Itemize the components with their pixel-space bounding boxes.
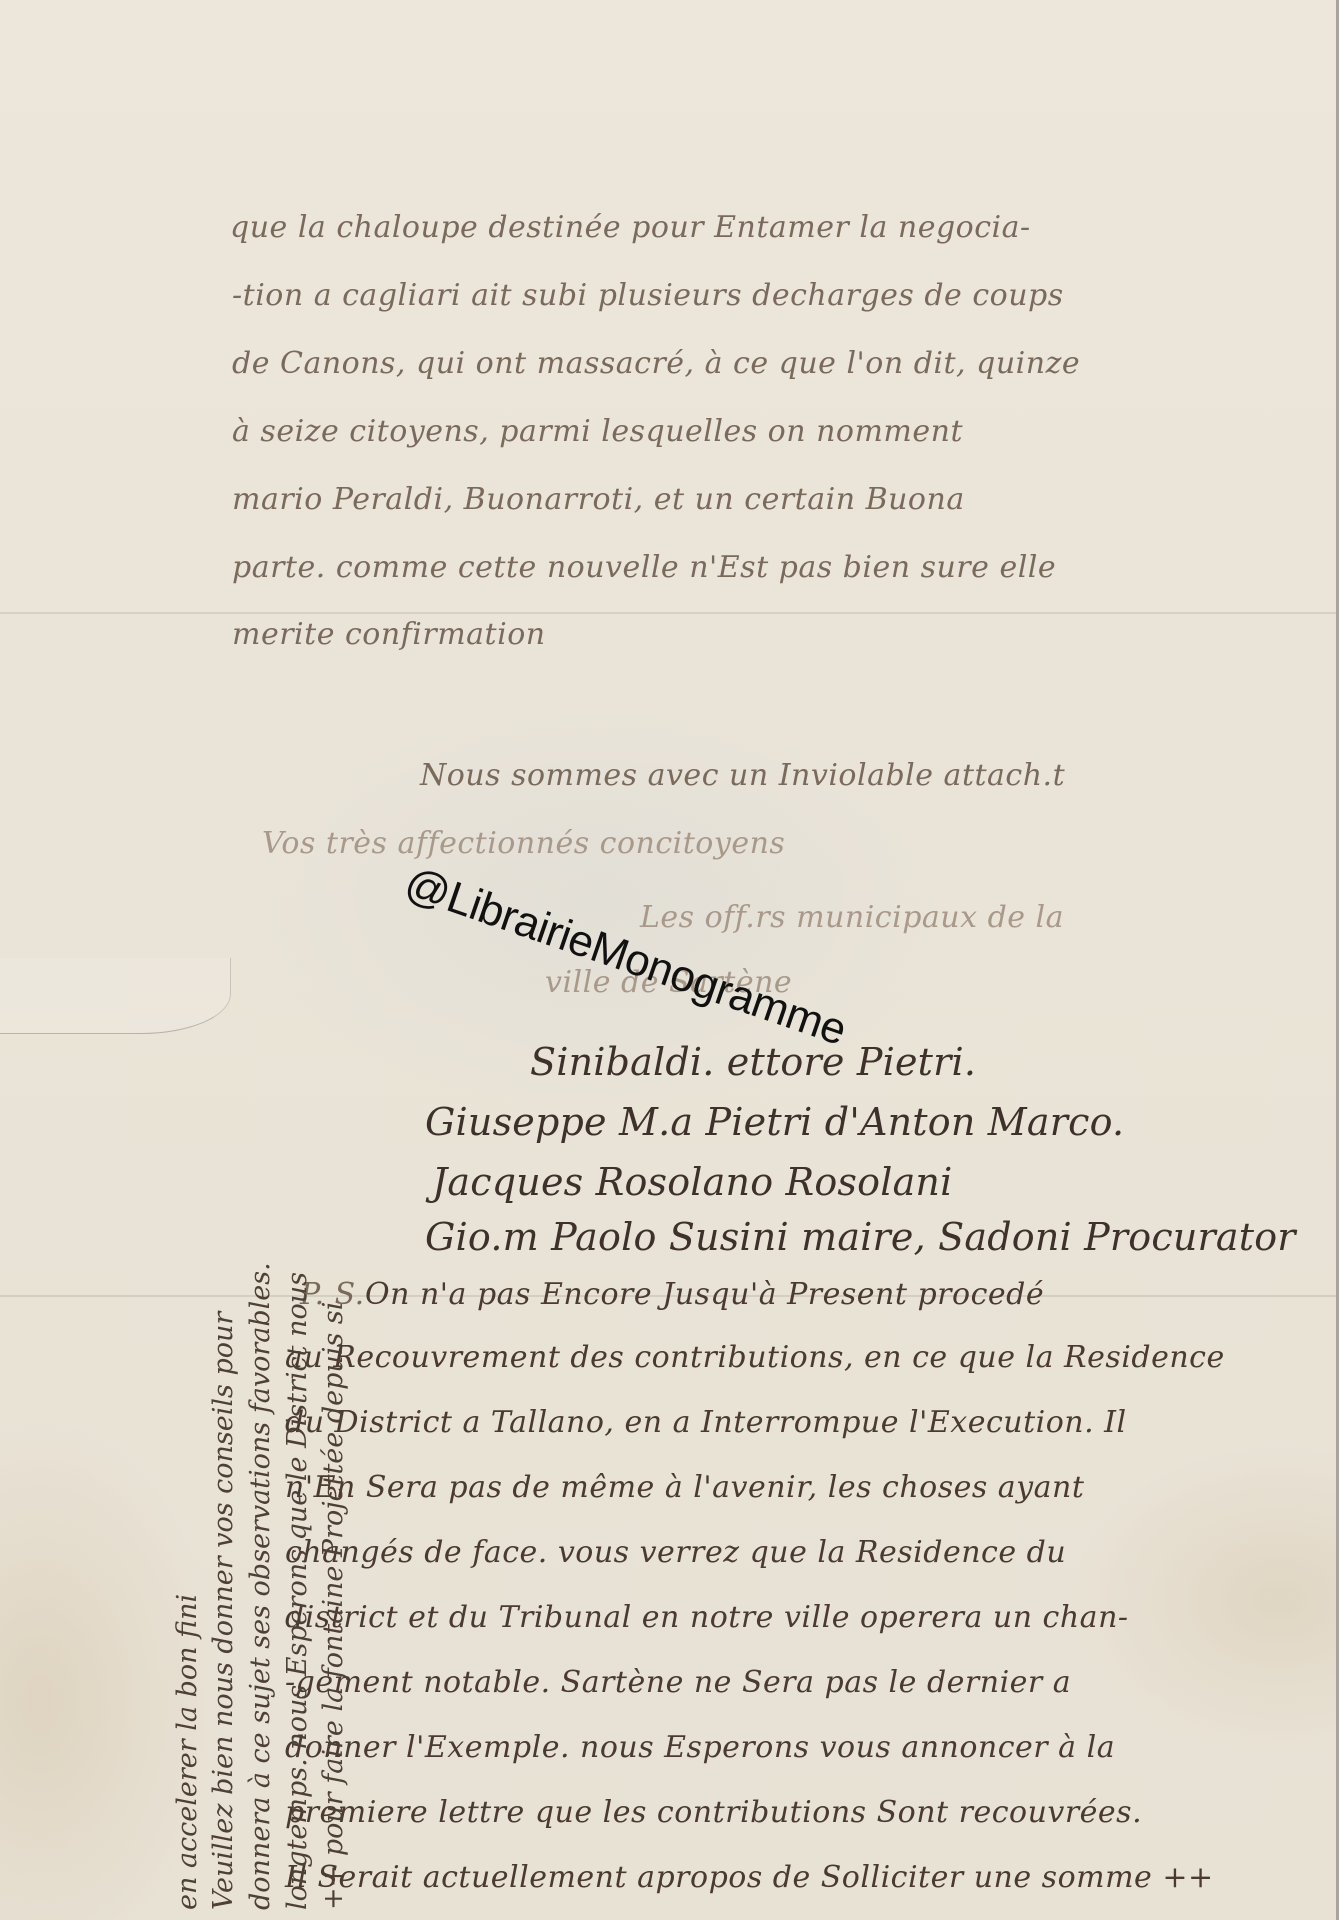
body-line: merite confirmation: [232, 617, 546, 652]
postscript-line: Il Serait actuellement apropos de Sollic…: [285, 1860, 1214, 1895]
postscript-line: district et du Tribunal en notre ville o…: [285, 1600, 1129, 1635]
body-line: parte. comme cette nouvelle n'Est pas bi…: [232, 550, 1056, 585]
postscript-line: -gement notable. Sartène ne Sera pas le …: [285, 1665, 1071, 1700]
margin-note-column: donnera à ce sujet ses observations favo…: [245, 1262, 276, 1910]
postscript-line: premiere lettre que les contributions So…: [285, 1795, 1142, 1830]
postscript-line: On n'a pas Encore Jusqu'à Present proced…: [365, 1277, 1044, 1312]
fold-crease: [0, 612, 1336, 614]
body-line: -tion a cagliari ait subi plusieurs dech…: [232, 278, 1064, 313]
signature-header-line: Les off.rs municipaux de la: [640, 900, 1064, 935]
signature: Giuseppe M.a Pietri d'Anton Marco.: [425, 1100, 1124, 1144]
margin-note-column: ++ pour faire la fontaine Projettée depu…: [318, 1302, 349, 1910]
postscript-line: changés de face. vous verrez que la Resi…: [285, 1535, 1066, 1570]
postscript-line: du District a Tallano, en a Interrompue …: [285, 1405, 1127, 1440]
body-line: que la chaloupe destinée pour Entamer la…: [230, 210, 1031, 245]
closing-line: Nous sommes avec un Inviolable attach.t: [420, 758, 1065, 793]
postscript-line: donner l'Exemple. nous Esperons vous ann…: [285, 1730, 1115, 1765]
signature: Jacques Rosolano Rosolani: [432, 1160, 952, 1204]
margin-note-column: en accelerer la bon fini: [172, 1594, 203, 1910]
closing-line: Vos très affectionnés concitoyens: [262, 826, 785, 861]
body-line: de Canons, qui ont massacré, à ce que l'…: [232, 346, 1080, 381]
body-line: mario Peraldi, Buonarroti, et un certain…: [232, 482, 965, 517]
postscript-line: au Recouvrement des contributions, en ce…: [285, 1340, 1225, 1375]
margin-note-column: longtemps. nous Esperons que le District…: [282, 1272, 313, 1910]
signature: Gio.m Paolo Susini maire, Sadoni Procura…: [425, 1215, 1296, 1259]
paper-tear: [0, 958, 231, 1034]
signature: Sinibaldi. ettore Pietri.: [530, 1040, 976, 1084]
body-line: à seize citoyens, parmi lesquelles on no…: [232, 414, 963, 449]
postscript-line: n'En Sera pas de même à l'avenir, les ch…: [285, 1470, 1084, 1505]
margin-note-column: Veuillez bien nous donner vos conseils p…: [208, 1312, 239, 1910]
